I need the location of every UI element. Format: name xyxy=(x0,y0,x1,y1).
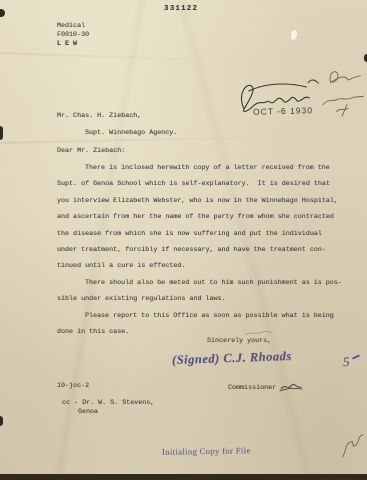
body-line: you interview Elizabeth Webster, who is … xyxy=(57,197,338,205)
pen-tick-mark xyxy=(352,354,360,359)
body-line: the disease from which she is now suffer… xyxy=(57,230,322,238)
photo-edge-bottom xyxy=(0,474,367,480)
closing: Sincerely yours, xyxy=(207,337,271,345)
body-line: and ascertain from her the name of the p… xyxy=(57,213,334,221)
body-line: There should also be meted out to him su… xyxy=(57,279,342,287)
file-copy-stamp: Initialing Copy for File xyxy=(162,446,251,456)
recipient-name: Mr. Chas. H. Ziebach, xyxy=(57,112,141,120)
photo-edge-mark xyxy=(0,416,3,426)
file-number-stamp: 331122 xyxy=(164,5,198,13)
recipient-title: Supt. Winnebago Agency. xyxy=(85,129,177,137)
salutation: Dear Mr. Ziebach: xyxy=(57,147,125,155)
sender-title: Commissioner xyxy=(228,384,276,392)
paper-crease xyxy=(0,52,230,62)
cc-location: Genoa xyxy=(78,408,98,416)
signature-stamp: (Signed) C.J. Rhoads xyxy=(172,352,292,364)
paper-crease xyxy=(0,134,367,144)
body-line: done in this case. xyxy=(57,328,129,336)
page-number-annotation: 5 xyxy=(343,358,350,367)
date-received-stamp: OCT -6 1930 xyxy=(253,106,313,116)
pencil-annotation xyxy=(319,89,367,121)
classification-line-medical: Medical xyxy=(57,22,85,30)
pencil-annotation xyxy=(323,62,366,89)
reference-code: 10-joc-2 xyxy=(57,382,89,390)
body-line: sible under existing regulations and law… xyxy=(57,295,226,303)
body-line: There is inclosed herewith copy of a let… xyxy=(57,164,330,172)
body-line: Please report to this Office as soon as … xyxy=(57,312,334,320)
classification-file-code: F0010-30 xyxy=(57,31,89,39)
cc-line: cc - Dr. W. S. Stevens, xyxy=(62,399,154,407)
pencil-annotation xyxy=(336,426,367,465)
photo-edge-mark xyxy=(0,9,5,17)
typist-initials: L E W xyxy=(57,40,77,48)
handwritten-initials xyxy=(278,380,304,394)
body-line: under treatment, forcibly if necessary, … xyxy=(57,246,326,254)
photo-edge-mark xyxy=(0,126,3,140)
body-line: Supt. of Genoa School which is self-expl… xyxy=(57,180,330,188)
scanned-letter-photo: 331122 Medical F0010-30 L E W OCT -6 193… xyxy=(0,0,367,480)
body-line: tinued until a cure is effected. xyxy=(57,262,185,270)
paper-defect-spot xyxy=(290,29,298,40)
